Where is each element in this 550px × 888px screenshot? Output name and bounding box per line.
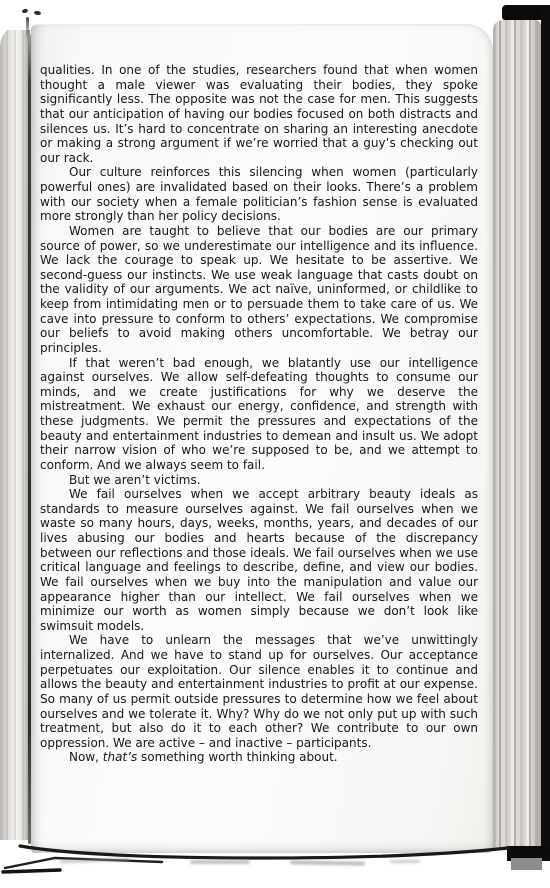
open-book-photo: qualities. In one of the studies, resear… [0,0,550,888]
right-page-stack [493,20,541,850]
paragraph: Our culture reinforces this silencing wh… [40,165,478,224]
text-run: something worth thinking about. [137,750,337,764]
text-run: Our culture reinforces this silencing wh… [40,165,478,223]
page-text: qualities. In one of the studies, resear… [40,63,478,765]
text-run: But we aren’t victims. [69,473,201,487]
italic-text: that’s [103,750,137,764]
paragraph: We have to unlearn the messages that we’… [40,633,478,750]
book-page: qualities. In one of the studies, resear… [31,24,493,853]
shadow-smudge [190,860,250,864]
text-run: Now, [69,750,103,764]
text-run: If that weren’t bad enough, we blatantly… [40,356,478,472]
speck-mark [22,8,29,13]
paragraph: Women are taught to believe that our bod… [40,224,478,356]
speck-mark [34,11,41,16]
text-run: qualities. In one of the studies, resear… [40,63,478,165]
paragraph: But we aren’t victims. [40,473,478,488]
left-page-curl [0,30,30,840]
text-run: We fail ourselves when we accept arbitra… [40,487,478,633]
paragraph: qualities. In one of the studies, resear… [40,63,478,165]
paragraph: We fail ourselves when we accept arbitra… [40,487,478,633]
paragraph: If that weren’t bad enough, we blatantly… [40,356,478,473]
book-cover-edge-right [541,8,550,858]
paragraph: Now, that’s something worth thinking abo… [40,750,478,765]
text-run: We have to unlearn the messages that we’… [40,633,478,749]
text-run: Women are taught to believe that our bod… [40,224,478,355]
shadow-smudge [390,860,420,863]
speck-mark [26,17,29,41]
